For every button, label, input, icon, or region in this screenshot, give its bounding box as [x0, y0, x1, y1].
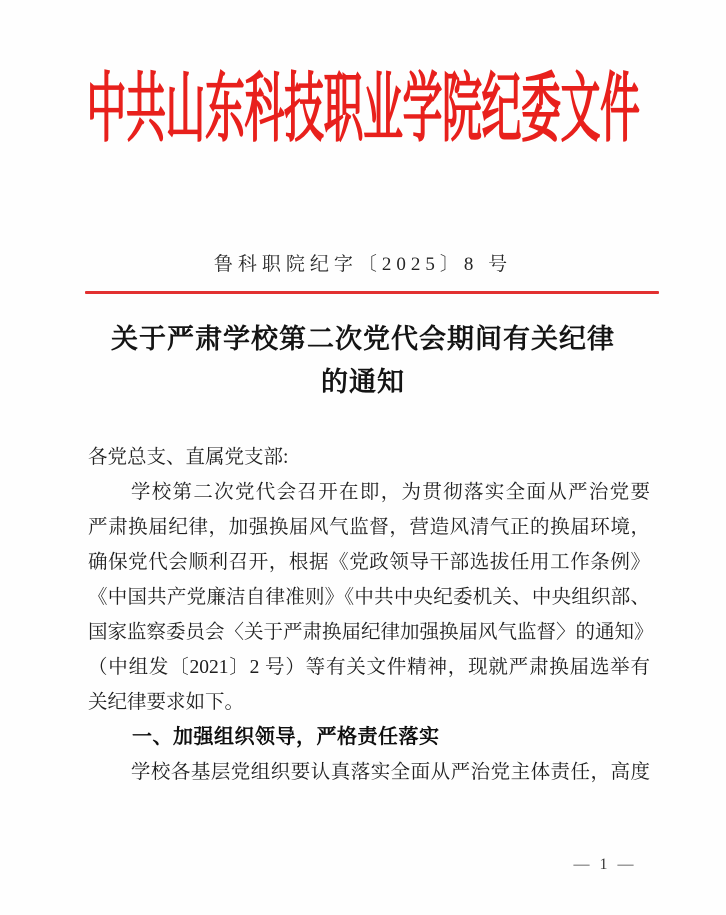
notice-title-line2: 的通知	[0, 361, 726, 404]
body-line: 学校第二次党代会召开在即，为贯彻落实全面从严治党要求，	[88, 475, 650, 510]
red-divider-line	[85, 291, 659, 294]
body-line: 国家监察委员会〈关于严肃换届纪律加强换届风气监督〉的通知》	[88, 615, 650, 650]
body-line: 关纪律要求如下。	[88, 685, 650, 720]
red-letterhead-title: 中共山东科技职业学院纪委文件	[87, 72, 640, 148]
body-line: 确保党代会顺利召开，根据《党政领导干部选拔任用工作条例》	[88, 545, 650, 580]
body-section-heading: 一、加强组织领导，严格责任落实	[88, 720, 650, 755]
document-page: 中共山东科技职业学院纪委文件 鲁科职院纪字〔2025〕8 号 关于严肃学校第二次…	[0, 0, 726, 915]
body-line-salutation: 各党总支、直属党支部:	[88, 440, 650, 475]
notice-title-line1: 关于严肃学校第二次党代会期间有关纪律	[0, 318, 726, 361]
document-body: 各党总支、直属党支部: 学校第二次党代会召开在即，为贯彻落实全面从严治党要求， …	[88, 440, 650, 790]
body-line: （中组发〔2021〕2 号）等有关文件精神，现就严肃换届选举有	[88, 650, 650, 685]
document-number: 鲁科职院纪字〔2025〕8 号	[0, 249, 726, 276]
body-line: 《中国共产党廉洁自律准则》《中共中央纪委机关、中央组织部、	[88, 580, 650, 615]
page-number: — 1 —	[545, 855, 665, 875]
body-line: 严肃换届纪律，加强换届风气监督，营造风清气正的换届环境，	[88, 510, 650, 545]
notice-title: 关于严肃学校第二次党代会期间有关纪律 的通知	[0, 318, 726, 404]
body-line: 学校各基层党组织要认真落实全面从严治党主体责任，高度	[88, 755, 650, 790]
